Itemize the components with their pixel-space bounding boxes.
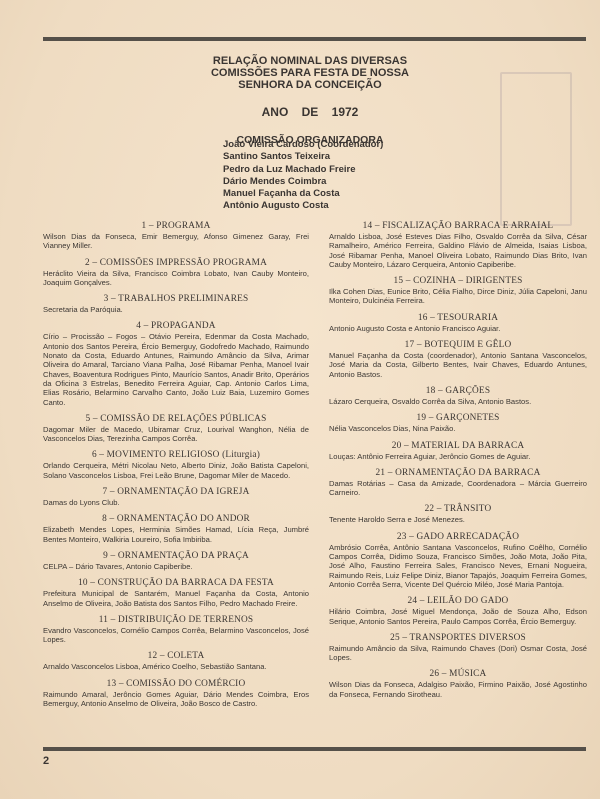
section-members: Arnaldo Lisboa, José Esteves Dias Filho,…	[329, 232, 587, 269]
section-members: Louças: Antônio Ferreira Aguiar, Jerônci…	[329, 452, 587, 461]
section-title: 4 – PROPAGANDA	[43, 321, 309, 332]
section-members: Raimundo Amaral, Jerôncio Gomes Aguiar, …	[43, 690, 309, 709]
bottom-rule	[43, 747, 586, 751]
section-title: 19 – GARÇONETES	[329, 413, 587, 424]
section-title: 3 – TRABALHOS PRELIMINARES	[43, 294, 309, 305]
section-members: Dagomar Miler de Macedo, Ubiramar Cruz, …	[43, 425, 309, 444]
section-members: CELPA – Dário Tavares, Antonio Capiberib…	[43, 562, 309, 571]
member: João Vieira Cardoso (Coordenador)	[223, 139, 383, 151]
committee-section: 10 – CONSTRUÇÃO DA BARRACA DA FESTAPrefe…	[43, 578, 309, 608]
section-title: 17 – BOTEQUIM E GÊLO	[329, 340, 587, 351]
committee-section: 21 – ORNAMENTAÇÃO DA BARRACADamas Rotári…	[329, 468, 587, 498]
committee-section: 26 – MÚSICAWilson Dias da Fonseca, Adalg…	[329, 669, 587, 699]
member: Manuel Façanha da Costa	[223, 188, 383, 200]
document-header: RELAÇÃO NOMINAL DAS DIVERSAS COMISSÕES P…	[150, 55, 470, 146]
committee-section: 17 – BOTEQUIM E GÊLOManuel Façanha da Co…	[329, 340, 587, 379]
section-members: Damas do Lyons Club.	[43, 498, 309, 507]
title-line-1: RELAÇÃO NOMINAL DAS DIVERSAS	[150, 55, 470, 67]
committee-section: 6 – MOVIMENTO RELIGIOSO (Liturgia)Orland…	[43, 450, 309, 480]
committee-section: 7 – ORNAMENTAÇÃO DA IGREJADamas do Lyons…	[43, 487, 309, 507]
section-members: Ambrósio Corrêa, Antônio Santana Vasconc…	[329, 543, 587, 589]
section-members: Wilson Dias da Fonseca, Emir Bemerguy, A…	[43, 232, 309, 251]
section-members: Antonio Augusto Costa e Antonio Francisc…	[329, 324, 587, 333]
faded-stamp	[500, 72, 572, 226]
year-heading: ANO DE 1972	[150, 106, 470, 118]
section-title: 9 – ORNAMENTAÇÃO DA PRAÇA	[43, 551, 309, 562]
section-title: 21 – ORNAMENTAÇÃO DA BARRACA	[329, 468, 587, 479]
section-members: Círio – Procissão – Fogos – Otávio Perei…	[43, 332, 309, 406]
section-title: 10 – CONSTRUÇÃO DA BARRACA DA FESTA	[43, 578, 309, 589]
section-members: Evandro Vasconcelos, Cornélio Campos Cor…	[43, 626, 309, 645]
right-column: 14 – FISCALIZAÇÃO BARRACA E ARRAIALArnal…	[329, 221, 587, 706]
section-title: 7 – ORNAMENTAÇÃO DA IGREJA	[43, 487, 309, 498]
section-title: 23 – GADO ARRECADAÇÃO	[329, 532, 587, 543]
committee-section: 25 – TRANSPORTES DIVERSOSRaimundo Amânci…	[329, 633, 587, 663]
section-title: 15 – COZINHA – DIRIGENTES	[329, 276, 587, 287]
committee-section: 19 – GARÇONETESNélia Vasconcelos Dias, N…	[329, 413, 587, 433]
section-members: Elizabeth Mendes Lopes, Herminia Simões …	[43, 525, 309, 544]
committee-section: 15 – COZINHA – DIRIGENTESIlka Cohen Dias…	[329, 276, 587, 306]
committee-section: 1 – PROGRAMAWilson Dias da Fonseca, Emir…	[43, 221, 309, 251]
committee-section: 20 – MATERIAL DA BARRACALouças: Antônio …	[329, 441, 587, 461]
section-members: Lázaro Cerqueira, Osvaldo Corrêa da Silv…	[329, 397, 587, 406]
section-members: Prefeitura Municipal de Santarém, Manuel…	[43, 589, 309, 608]
section-title: 12 – COLETA	[43, 651, 309, 662]
section-members: Heráclito Vieira da Silva, Francisco Coi…	[43, 269, 309, 288]
section-title: 24 – LEILÃO DO GADO	[329, 596, 587, 607]
section-title: 8 – ORNAMENTAÇÃO DO ANDOR	[43, 514, 309, 525]
left-column: 1 – PROGRAMAWilson Dias da Fonseca, Emir…	[43, 221, 309, 715]
section-members: Hilário Coimbra, José Miguel Mendonça, J…	[329, 607, 587, 626]
section-members: Nélia Vasconcelos Dias, Nina Paixão.	[329, 424, 587, 433]
committee-section: 18 – GARÇÕESLázaro Cerqueira, Osvaldo Co…	[329, 386, 587, 406]
section-members: Raimundo Amâncio da Silva, Raimundo Chav…	[329, 644, 587, 663]
title-line-3: SENHORA DA CONCEIÇÃO	[150, 79, 470, 91]
committee-section: 24 – LEILÃO DO GADOHilário Coimbra, José…	[329, 596, 587, 626]
committee-section: 3 – TRABALHOS PRELIMINARESSecretaria da …	[43, 294, 309, 314]
committee-section: 23 – GADO ARRECADAÇÃOAmbrósio Corrêa, An…	[329, 532, 587, 589]
committee-section: 5 – COMISSÃO DE RELAÇÕES PÚBLICASDagomar…	[43, 414, 309, 444]
committee-section: 16 – TESOURARIAAntonio Augusto Costa e A…	[329, 313, 587, 333]
section-title: 18 – GARÇÕES	[329, 386, 587, 397]
committee-section: 2 – COMISSÕES IMPRESSÃO PROGRAMAHeráclit…	[43, 258, 309, 288]
committee-section: 22 – TRÂNSITOTenente Haroldo Serra e Jos…	[329, 504, 587, 524]
section-title: 1 – PROGRAMA	[43, 221, 309, 232]
section-title: 11 – DISTRIBUIÇÃO DE TERRENOS	[43, 615, 309, 626]
section-members: Damas Rotárias – Casa da Amizade, Coorde…	[329, 479, 587, 498]
member: Pedro da Luz Machado Freire	[223, 164, 383, 176]
section-members: Tenente Haroldo Serra e José Menezes.	[329, 515, 587, 524]
page-number: 2	[43, 755, 49, 767]
organizing-committee-members: João Vieira Cardoso (Coordenador) Santin…	[223, 139, 383, 213]
committee-section: 14 – FISCALIZAÇÃO BARRACA E ARRAIALArnal…	[329, 221, 587, 269]
member: Dário Mendes Coimbra	[223, 176, 383, 188]
committee-section: 9 – ORNAMENTAÇÃO DA PRAÇACELPA – Dário T…	[43, 551, 309, 571]
section-members: Ilka Cohen Dias, Eunice Brito, Célia Fia…	[329, 287, 587, 306]
member: Santino Santos Teixeira	[223, 151, 383, 163]
document-page: RELAÇÃO NOMINAL DAS DIVERSAS COMISSÕES P…	[0, 0, 600, 799]
title-line-2: COMISSÕES PARA FESTA DE NOSSA	[150, 67, 470, 79]
section-title: 5 – COMISSÃO DE RELAÇÕES PÚBLICAS	[43, 414, 309, 425]
section-title: 14 – FISCALIZAÇÃO BARRACA E ARRAIAL	[329, 221, 587, 232]
section-members: Arnaldo Vasconcelos Lisboa, Américo Coel…	[43, 662, 309, 671]
committee-section: 12 – COLETAArnaldo Vasconcelos Lisboa, A…	[43, 651, 309, 671]
section-members: Orlando Cerqueira, Métri Nicolau Neto, A…	[43, 461, 309, 480]
section-title: 22 – TRÂNSITO	[329, 504, 587, 515]
committee-section: 11 – DISTRIBUIÇÃO DE TERRENOSEvandro Vas…	[43, 615, 309, 645]
section-members: Wilson Dias da Fonseca, Adalgiso Paixão,…	[329, 680, 587, 699]
section-members: Manuel Façanha da Costa (coordenador), A…	[329, 351, 587, 379]
committee-section: 13 – COMISSÃO DO COMÉRCIORaimundo Amaral…	[43, 679, 309, 709]
section-title: 16 – TESOURARIA	[329, 313, 587, 324]
section-title: 25 – TRANSPORTES DIVERSOS	[329, 633, 587, 644]
committee-section: 8 – ORNAMENTAÇÃO DO ANDORElizabeth Mende…	[43, 514, 309, 544]
member: Antônio Augusto Costa	[223, 200, 383, 212]
section-members: Secretaria da Paróquia.	[43, 305, 309, 314]
section-title: 6 – MOVIMENTO RELIGIOSO (Liturgia)	[43, 450, 309, 461]
section-title: 26 – MÚSICA	[329, 669, 587, 680]
section-title: 20 – MATERIAL DA BARRACA	[329, 441, 587, 452]
section-title: 2 – COMISSÕES IMPRESSÃO PROGRAMA	[43, 258, 309, 269]
committee-section: 4 – PROPAGANDACírio – Procissão – Fogos …	[43, 321, 309, 406]
section-title: 13 – COMISSÃO DO COMÉRCIO	[43, 679, 309, 690]
top-rule	[43, 37, 586, 41]
